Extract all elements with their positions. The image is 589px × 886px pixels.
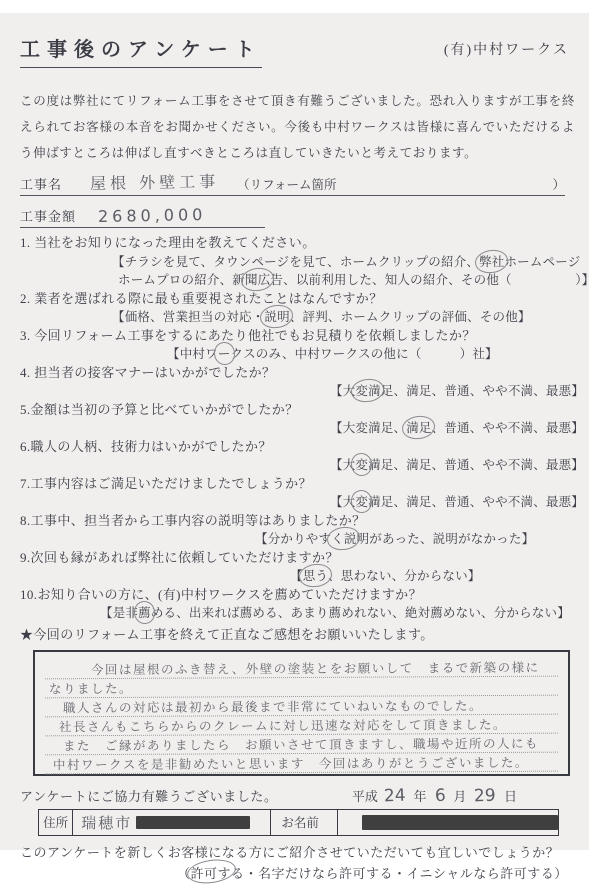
handwritten-comment-line: なりました。 bbox=[45, 676, 558, 698]
thanks-text: アンケートにご協力有難うございました。 bbox=[20, 786, 278, 805]
circled-answer: 満足 bbox=[406, 419, 431, 438]
handwritten-comment-line: 社長さんもこちらからのクレームに対し迅速な対応をして頂きました。 bbox=[45, 714, 558, 736]
question-options: 【チラシを見て、タウンページを見て、ホームクリップの紹介、弊社ホームページ bbox=[112, 253, 569, 272]
option-text: 告、以前利用した、知人の紹介、その他（ ）】 bbox=[270, 273, 589, 287]
thanks-row: アンケートにご協力有難うございました。 平成 24 年 6 月 29 日 bbox=[20, 785, 569, 805]
year-unit: 年 bbox=[413, 786, 426, 805]
question-text: 9.次回も縁があれば弊社に依頼していただけますか？ bbox=[20, 549, 569, 568]
question-options: 【価格、営業担当の対応・説明、評判、ホームクリップの評価、その他】 bbox=[112, 308, 569, 327]
work-amount-handwritten-value: 2680,000 bbox=[98, 205, 207, 226]
option-text: 【中村ワ bbox=[167, 347, 218, 361]
option-text: 満足、満足、普通、やや不満、最悪】 bbox=[368, 495, 584, 509]
circled-answer: 弊社 bbox=[479, 253, 504, 272]
work-name-handwritten-value: 屋根 外壁工事 bbox=[90, 169, 219, 194]
permission-question: このアンケートを新しくお客様になる方にご紹介させていただいても宜しいでしょうか？ bbox=[20, 842, 569, 851]
question-options: 【大変満足、満足、普通、やや不満、最悪】 bbox=[330, 382, 569, 401]
question-2: 2. 業者を選ばれる際に最も重要視されたことはなんですか？ 【価格、営業担当の対… bbox=[20, 290, 569, 327]
circled-answer: 変 bbox=[355, 456, 368, 475]
name-value-cell bbox=[338, 810, 558, 835]
reform-area-note: （リフォーム箇所 bbox=[237, 175, 336, 193]
circled-answer: 薦 bbox=[138, 604, 151, 623]
feedback-prompt: ★今回のリフォーム工事を終えて正直なご感想をお願いいたします。 bbox=[20, 625, 569, 644]
question-list: 1. 当社をお知りになった理由を教えてください。 【チラシを見て、タウンページを… bbox=[20, 234, 569, 623]
question-text: 10.お知り合いの方に、(有)中村ワークスを薦めていただけますか？ bbox=[20, 586, 569, 605]
circled-answer: ー bbox=[218, 345, 231, 364]
option-text: める、出来れば薦める、あまり薦めれない、絶対薦めない、分からない】 bbox=[151, 606, 570, 620]
month-handwritten: 6 bbox=[434, 785, 446, 805]
address-redaction-bar bbox=[136, 816, 250, 829]
option-text: 、評判、ホームクリップの評価、その他】 bbox=[290, 310, 531, 324]
question-options: 【是非薦める、出来れば薦める、あまり薦めれない、絶対薦めない、分からない】 bbox=[100, 604, 569, 623]
handwritten-comment-line: 中村ワークスを是非勧めたいと思います 今回はありがとうございました。 bbox=[45, 752, 558, 774]
work-name-label: 工事名 bbox=[20, 174, 62, 193]
question-text: 3. 今回リフォーム工事をするにあたり他社でもお見積りを依頼しましたか？ bbox=[20, 327, 569, 346]
question-7: 7.工事内容はご満足いただけましたでしょうか？ 【大変満足、満足、普通、やや不満… bbox=[20, 475, 569, 512]
date-row: 平成 24 年 6 月 29 日 bbox=[352, 785, 519, 805]
question-text: 7.工事内容はご満足いただけましたでしょうか？ bbox=[20, 475, 569, 494]
era-label: 平成 bbox=[352, 786, 378, 805]
option-text: 明があった、説明がなかった】 bbox=[357, 532, 535, 546]
work-name-row: 工事名 屋根 外壁工事 （リフォーム箇所 ） bbox=[20, 170, 565, 196]
question-text: 2. 業者を選ばれる際に最も重要視されたことはなんですか？ bbox=[20, 290, 569, 309]
question-options: ホームプロの紹介、新聞広告、以前利用した、知人の紹介、その他（ ）】 bbox=[118, 271, 569, 290]
name-redaction-bar bbox=[362, 815, 558, 830]
question-text: 8.工事中、担当者から工事内容の説明等はありましたか？ bbox=[20, 512, 569, 531]
option-text: 【大変満足、 bbox=[330, 421, 406, 435]
scanned-survey-document: 工事後のアンケート (有)中村ワークス この度は弊社にてリフォーム工事をさせて頂… bbox=[0, 13, 589, 850]
circled-answer: 変 bbox=[355, 493, 368, 512]
option-text: 、普通、やや不満、最悪】 bbox=[432, 421, 584, 435]
address-handwritten: 瑞穂市 bbox=[81, 812, 132, 833]
feedback-comment-box: 今回は屋根のふき替え、外壁の塗装とをお願いして まるで新築の様に なりました。 … bbox=[33, 650, 570, 776]
reform-area-note-close: ） bbox=[552, 175, 565, 193]
question-9: 9.次回も縁があれば弊社に依頼していただけますか？ 【思う、思わない、分からない… bbox=[20, 549, 569, 586]
option-text: ホームプロの紹介、新 bbox=[118, 273, 245, 287]
handwritten-comment-line: 職人さんの対応は最初から最後まで非常にていねいなものでした。 bbox=[45, 695, 558, 717]
address-value-cell: 瑞穂市 bbox=[73, 810, 271, 835]
question-options: 【中村ワークスのみ、中村ワークスの他に（ ）社】 bbox=[167, 345, 569, 364]
question-options: 【大変満足、満足、普通、やや不満、最悪】 bbox=[330, 493, 569, 512]
company-name: (有)中村ワークス bbox=[444, 39, 569, 59]
question-text: 6.職人の人柄、技術力はいかがでしたか？ bbox=[20, 438, 569, 457]
option-text: 満足、満足、普通、やや不満、最悪】 bbox=[368, 458, 584, 472]
day-unit: 日 bbox=[504, 786, 517, 805]
option-text: ホームページ bbox=[504, 255, 580, 269]
question-options: 【思う、思わない、分からない】 bbox=[290, 567, 569, 586]
question-text: 4. 担当者の接客マナーはいかがでしたか？ bbox=[20, 364, 569, 383]
question-text: 5.金額は当初の予算と比べていかがでしたか？ bbox=[20, 401, 569, 420]
question-5: 5.金額は当初の予算と比べていかがでしたか？ 【大変満足、満足、普通、やや不満、… bbox=[20, 401, 569, 438]
circled-answer: 思う bbox=[303, 567, 328, 586]
page-title: 工事後のアンケート bbox=[20, 33, 262, 68]
option-text: 【チラシを見て、タウンページを見て、ホームクリップの紹介、 bbox=[112, 255, 479, 269]
question-1: 1. 当社をお知りになった理由を教えてください。 【チラシを見て、タウンページを… bbox=[20, 234, 569, 290]
work-amount-row: 工事金額 2680,000 bbox=[20, 206, 265, 228]
circled-answer: く説 bbox=[331, 530, 356, 549]
work-amount-label: 工事金額 bbox=[20, 206, 76, 225]
question-6: 6.職人の人柄、技術力はいかがでしたか？ 【大変満足、満足、普通、やや不満、最悪… bbox=[20, 438, 569, 475]
circled-answer: 説明 bbox=[264, 308, 289, 327]
intro-paragraph: この度は弊社にてリフォーム工事をさせて頂き有難うございました。恐れ入りますが工事… bbox=[20, 88, 575, 166]
option-text: クスのみ、中村ワークスの他に（ ）社】 bbox=[231, 347, 498, 361]
option-text: 足、満足、普通、やや不満、最悪】 bbox=[381, 384, 584, 398]
question-options: 【大変満足、満足、普通、やや不満、最悪】 bbox=[330, 456, 569, 475]
document-header: 工事後のアンケート (有)中村ワークス bbox=[20, 33, 569, 68]
respondent-info-table: 住所 瑞穂市 お名前 bbox=[38, 809, 559, 836]
option-text: 【是非 bbox=[100, 606, 138, 620]
handwritten-comment-line: 今回は屋根のふき替え、外壁の塗装とをお願いして まるで新築の様に bbox=[45, 657, 558, 679]
month-unit: 月 bbox=[453, 786, 466, 805]
question-10: 10.お知り合いの方に、(有)中村ワークスを薦めていただけますか？ 【是非薦める… bbox=[20, 586, 569, 623]
question-3: 3. 今回リフォーム工事をするにあたり他社でもお見積りを依頼しましたか？ 【中村… bbox=[20, 327, 569, 364]
name-label: お名前 bbox=[271, 810, 338, 835]
circled-answer: 変満 bbox=[355, 382, 380, 401]
handwritten-comment-line: また ご縁がありましたら お願いさせて頂きますし、職場や近所の人にも bbox=[45, 733, 558, 755]
question-4: 4. 担当者の接客マナーはいかがでしたか？ 【大変満足、満足、普通、やや不満、最… bbox=[20, 364, 569, 401]
option-text: 【分かりやす bbox=[255, 532, 331, 546]
question-options: 【分かりやすく説明があった、説明がなかった】 bbox=[255, 530, 569, 549]
circled-answer: 聞広 bbox=[245, 271, 270, 290]
address-label: 住所 bbox=[39, 810, 73, 835]
day-handwritten: 29 bbox=[474, 785, 496, 806]
question-options: 【大変満足、満足、普通、やや不満、最悪】 bbox=[330, 419, 569, 438]
option-text: 【価格、営業担当の対応・ bbox=[112, 310, 264, 324]
option-text: 、思わない、分からない】 bbox=[328, 569, 480, 583]
question-8: 8.工事中、担当者から工事内容の説明等はありましたか？ 【分かりやすく説明があっ… bbox=[20, 512, 569, 549]
year-handwritten: 24 bbox=[384, 785, 406, 806]
